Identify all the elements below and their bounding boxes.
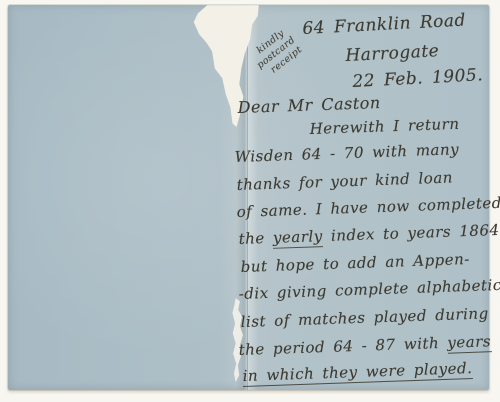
- body-text: index to years 1864-87: [322, 220, 500, 245]
- body-line: -dix giving complete alphabetical: [238, 275, 500, 303]
- address-line-town: Harrogate: [345, 41, 440, 66]
- body-line: thanks for your kind loan: [236, 168, 453, 194]
- center-fold-line: [247, 5, 248, 390]
- body-line: list of matches played during: [240, 304, 489, 331]
- body-text: the period 64 - 87 with: [238, 334, 447, 359]
- underlined-closing-line: in which they were played.: [242, 359, 472, 387]
- body-line: Wisden 64 - 70 with many: [234, 140, 459, 166]
- body-line: of same. I have now completed: [236, 194, 500, 221]
- address-line-street: 64 Franklin Road: [302, 10, 466, 39]
- underlined-word-years: years: [447, 332, 491, 354]
- body-line: the period 64 - 87 with years: [238, 332, 491, 359]
- date-line: 22 Feb. 1905.: [352, 65, 484, 92]
- body-line: in which they were played.: [242, 359, 472, 385]
- body-line: the yearly index to years 1864-87: [238, 220, 500, 248]
- salutation: Dear Mr Caston: [237, 93, 381, 117]
- body-line: but hope to add an Appen-: [240, 250, 470, 276]
- body-text: the: [238, 229, 273, 248]
- underlined-word-yearly: yearly: [273, 227, 323, 249]
- letter-paper: kindly postcard receipt 64 Franklin Road…: [8, 5, 489, 390]
- scanned-letter-photo: kindly postcard receipt 64 Franklin Road…: [0, 0, 500, 402]
- body-line: Herewith I return: [309, 115, 459, 138]
